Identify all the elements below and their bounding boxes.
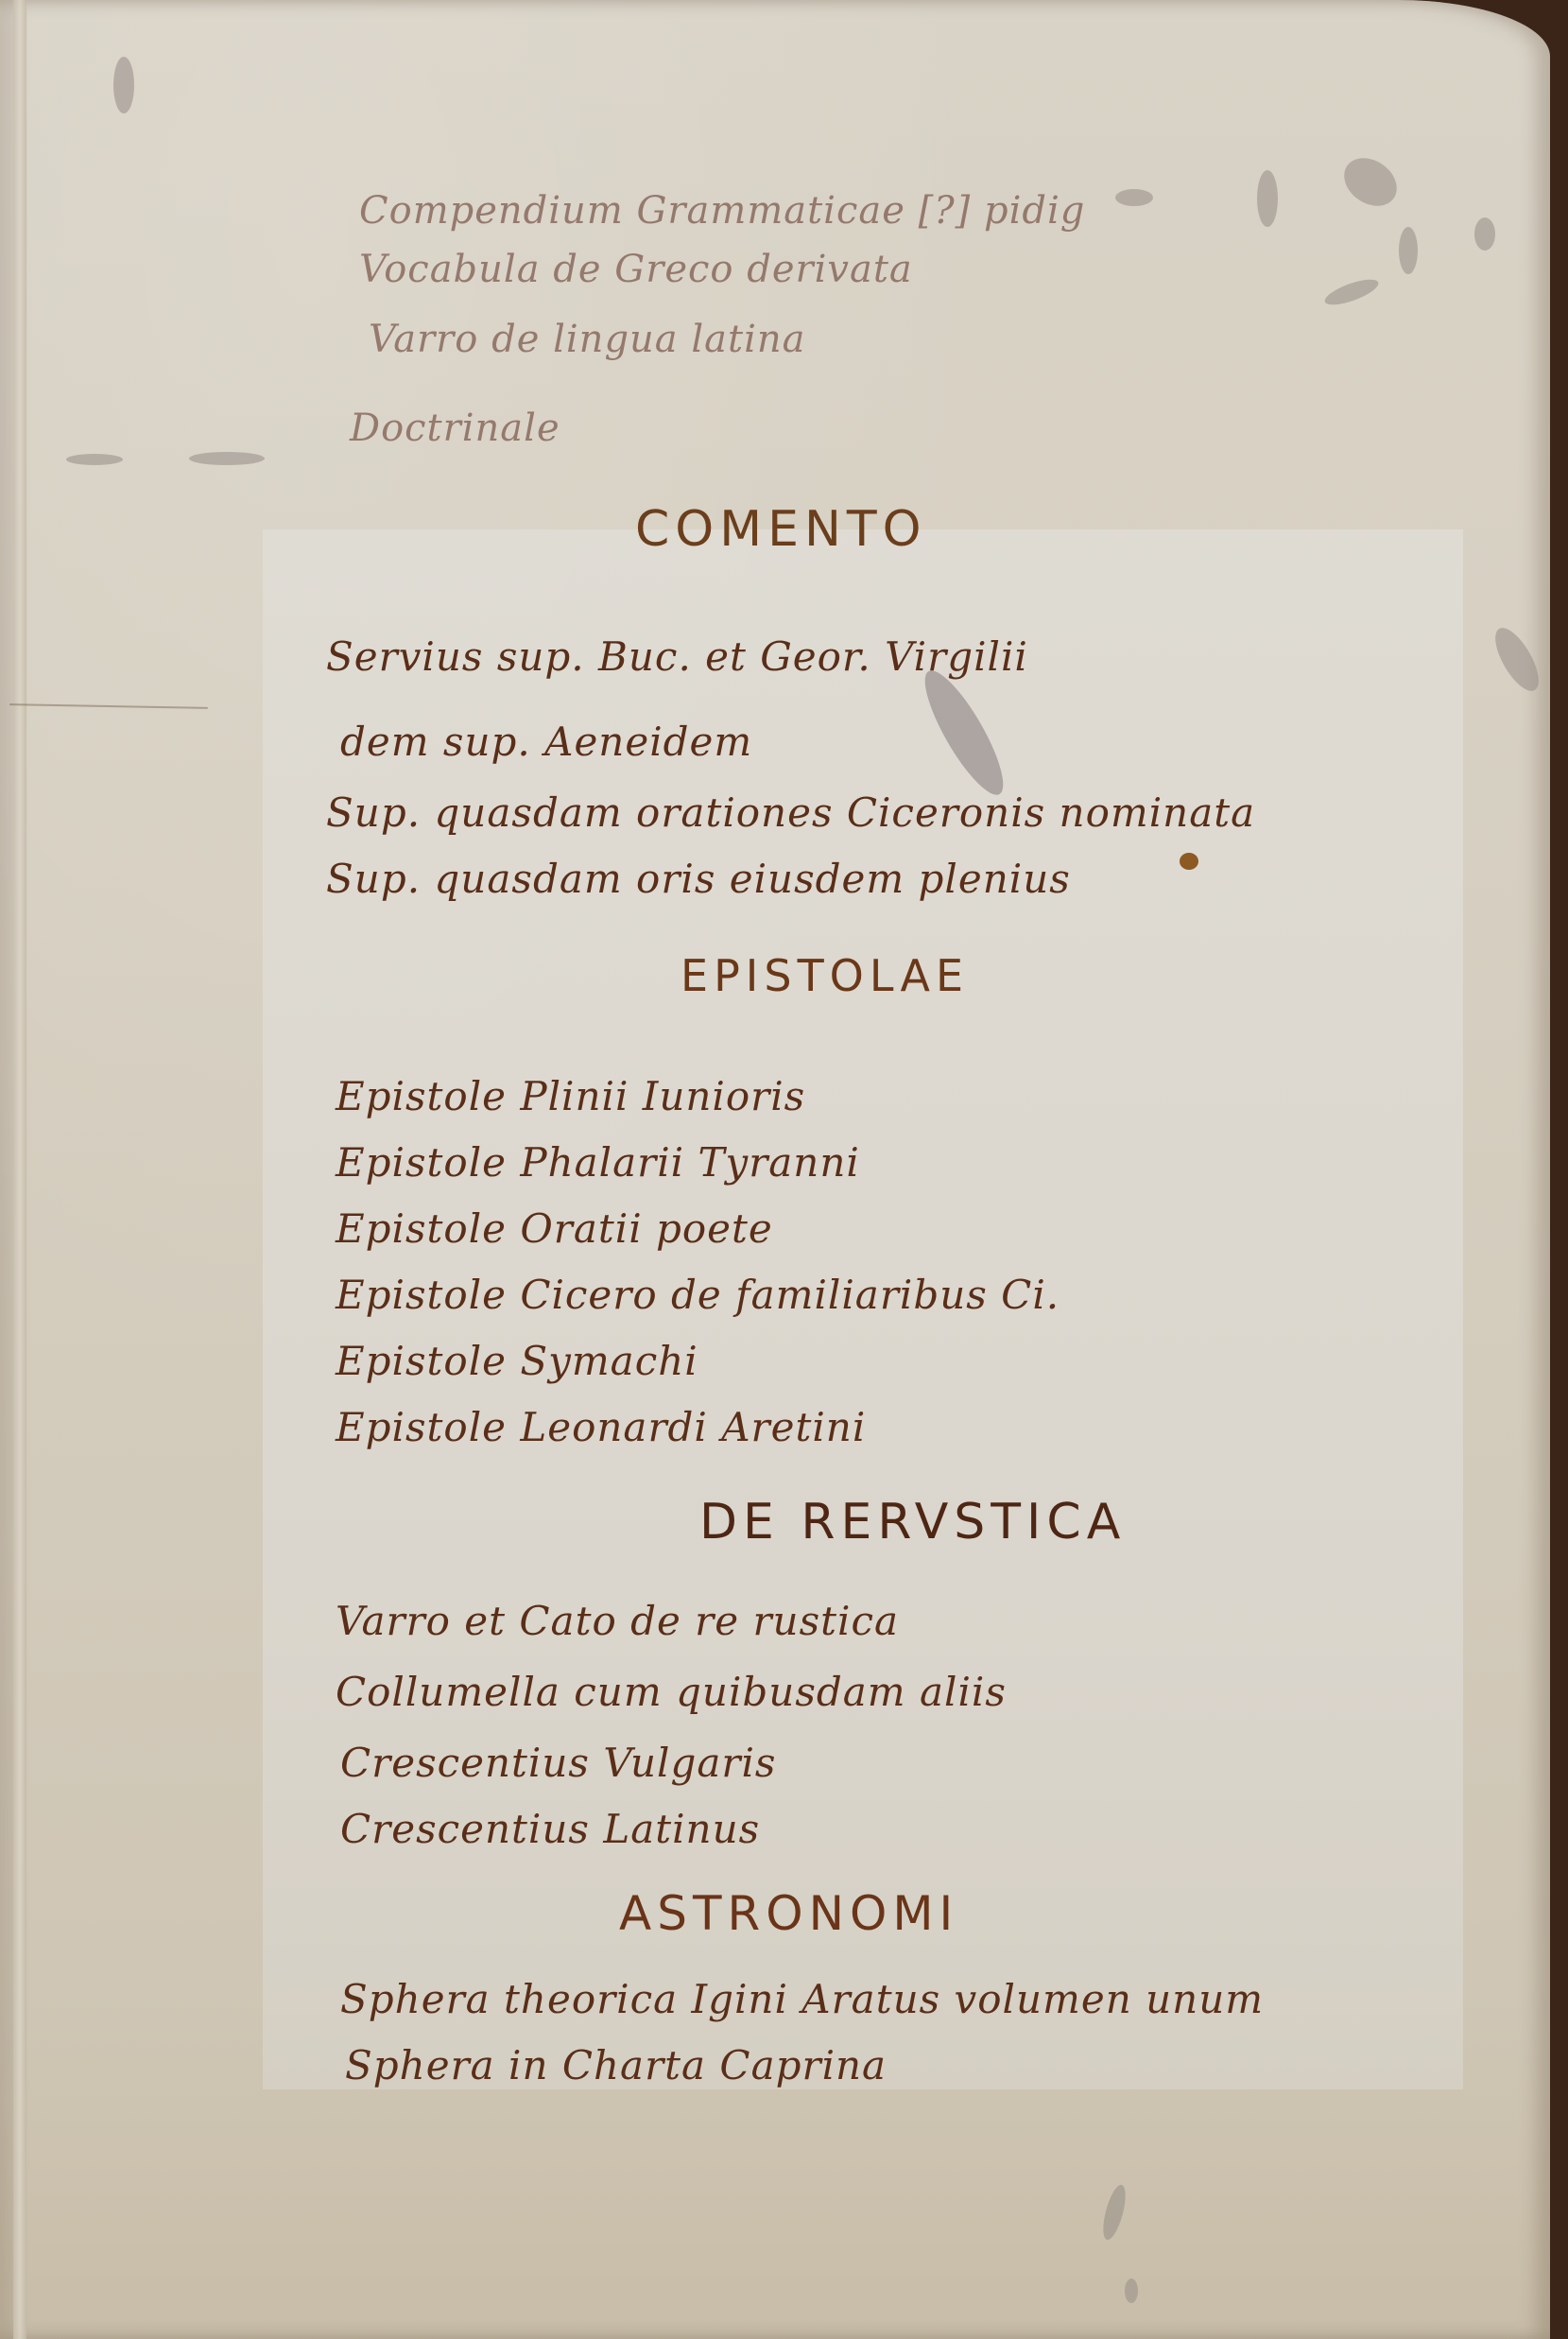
- stain: [113, 57, 134, 113]
- faint-entry: Varro de lingua latina: [369, 318, 806, 361]
- entry: Epistole Leonardi Aretini: [336, 1404, 866, 1450]
- entry: Sphera in Charta Caprina: [345, 2042, 887, 2088]
- stain: [1115, 189, 1153, 206]
- stain: [1399, 227, 1418, 274]
- entry: Crescentius Latinus: [340, 1806, 760, 1852]
- section-heading-comento: COMENTO: [635, 501, 927, 558]
- entry: Sup. quasdam oris eiusdem plenius: [326, 856, 1071, 902]
- entry: Servius sup. Buc. et Geor. Virgilii: [326, 633, 1028, 680]
- entry: Epistole Phalarii Tyranni: [336, 1139, 860, 1186]
- section-heading-epistolae: EPISTOLAE: [681, 950, 969, 1001]
- entry: Epistole Plinii Iunioris: [336, 1073, 805, 1119]
- stain: [1487, 622, 1546, 698]
- stain: [1474, 217, 1495, 251]
- stain: [1335, 148, 1406, 216]
- stain: [1099, 2183, 1130, 2243]
- faint-entry: Vocabula de Greco derivata: [359, 248, 913, 291]
- entry: Crescentius Vulgaris: [340, 1740, 776, 1786]
- stain: [189, 452, 265, 465]
- manuscript-page: Compendium Grammaticae [?] pidig Vocabul…: [0, 0, 1550, 2339]
- entry: Sphera theorica Igini Aratus volumen unu…: [340, 1976, 1264, 2022]
- section-heading-astronomi: ASTRONOMI: [619, 1886, 958, 1941]
- stain: [1125, 2278, 1138, 2303]
- page-fold: [13, 0, 26, 2339]
- entry: Epistole Cicero de familiaribus Ci.: [336, 1272, 1060, 1318]
- entry: Epistole Symachi: [336, 1338, 698, 1384]
- entry: Collumella cum quibusdam aliis: [336, 1669, 1007, 1715]
- stain: [66, 454, 123, 465]
- entry: dem sup. Aeneidem: [340, 719, 752, 765]
- section-heading-de-re-rustica: DE RERVSTICA: [699, 1494, 1126, 1551]
- faint-entry: Doctrinale: [350, 407, 560, 450]
- entry: Sup. quasdam orationes Ciceronis nominat…: [326, 789, 1255, 836]
- faint-entry: Compendium Grammaticae [?] pidig: [359, 189, 1085, 233]
- paper-crease: [9, 703, 208, 709]
- stain: [1322, 274, 1382, 309]
- ink-blot: [1180, 853, 1198, 870]
- stain: [1257, 170, 1278, 227]
- entry: Varro et Cato de re rustica: [336, 1598, 899, 1644]
- entry: Epistole Oratii poete: [336, 1205, 773, 1252]
